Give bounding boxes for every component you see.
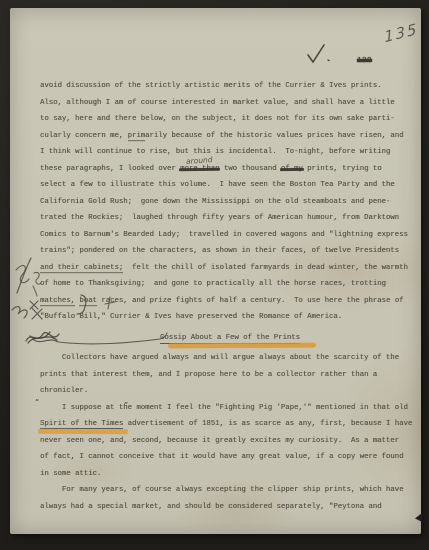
typed-line: Also, although I am of course interested… <box>40 95 420 112</box>
typed-line: Collectors have argued always and will a… <box>40 350 420 367</box>
typed-line: in some attic. <box>40 466 420 483</box>
typed-line: these paragraphs, I looked over more tha… <box>40 161 420 178</box>
typed-line: I suppose at the moment I feel the "Figh… <box>40 400 420 417</box>
section-heading: Gossip About a Few of the Prints <box>40 330 420 347</box>
manuscript-page: 135 120 around “ ” avoid discussion of t… <box>10 8 421 534</box>
typed-line: For many years, of course always excepti… <box>40 482 420 499</box>
typed-text-block: avoid discussion of the strictly artisti… <box>40 78 420 515</box>
typed-line: "Buffalo Bill," Currier & Ives have pres… <box>40 309 420 326</box>
handwritten-quote-mark: “ <box>35 398 39 407</box>
typed-line: trated the Rockies; laughed through fift… <box>40 210 420 227</box>
typed-line: trains"; pondered on the characters, as … <box>40 243 420 260</box>
typed-line: and their cabinets; felt the chill of is… <box>40 260 420 277</box>
typed-line: to say, here and there below, on the sub… <box>40 111 420 128</box>
typed-line: chronicler. <box>40 383 420 400</box>
typed-line: never seen one, and, second, because it … <box>40 433 420 450</box>
handwritten-page-number: 135 <box>384 20 420 46</box>
checkmark-annotation <box>305 42 339 68</box>
section-heading-text: Gossip About a Few of the Prints <box>160 334 300 344</box>
typed-line: of home to Thanksgiving; and gone to pra… <box>40 276 420 293</box>
typed-line: matches, boat races, and prize fights of… <box>40 293 420 310</box>
typed-line: Spirit of the Times advertisement of 185… <box>40 416 420 433</box>
typed-line: I think will continue to rise, but this … <box>40 144 420 161</box>
typed-line: cularly concern me, primarily because of… <box>40 128 420 145</box>
typed-line: always had a special market, and should … <box>40 499 420 516</box>
struck-typed-page-number: 120 <box>357 57 372 65</box>
typed-line: prints that interest them, and I propose… <box>40 367 420 384</box>
typed-line: of fact, I cannot conceive that it would… <box>40 449 420 466</box>
typed-line: select a few to illustrate this volume. … <box>40 177 420 194</box>
typed-line: avoid discussion of the strictly artisti… <box>40 78 420 95</box>
typed-line: Comics to Barnum's Bearded Lady; travell… <box>40 227 420 244</box>
typed-line: California Gold Rush; gone down the Miss… <box>40 194 420 211</box>
